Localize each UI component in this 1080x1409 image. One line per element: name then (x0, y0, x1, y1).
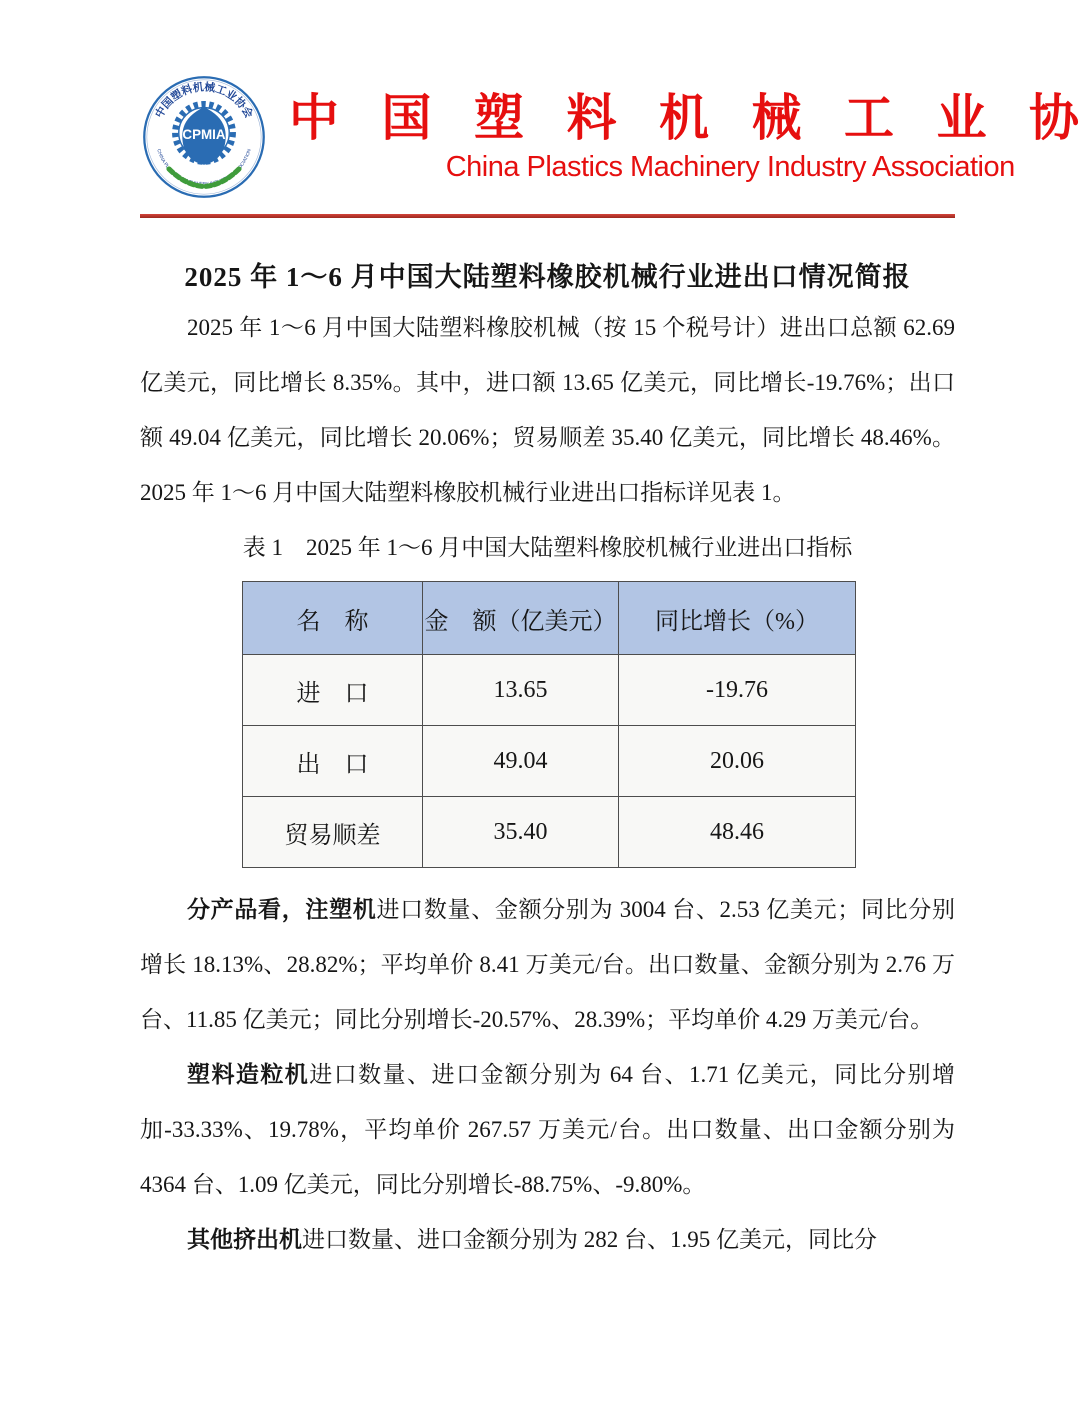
cell-name: 进 口 (243, 655, 423, 726)
document-page: 中国塑料机械工业协会 CHINA PLASTICS MACHINERY INDU… (0, 0, 1080, 1409)
paragraph-overview-text: 2025 年 1～6 月中国大陆塑料橡胶机械（按 15 个税号计）进出口总额 6… (140, 315, 955, 505)
letterhead: 中国塑料机械工业协会 CHINA PLASTICS MACHINERY INDU… (140, 68, 955, 206)
table-row: 出 口 49.04 20.06 (243, 726, 856, 797)
header-divider (140, 214, 955, 218)
col-header-growth: 同比增长（%） (619, 582, 856, 655)
table-row: 贸易顺差 35.40 48.46 (243, 797, 856, 868)
org-names: 中 国 塑 料 机 械 工 业 协 会 China Plastics Machi… (268, 88, 1080, 186)
cell-growth: -19.76 (619, 655, 856, 726)
cpmia-logo-icon: 中国塑料机械工业协会 CHINA PLASTICS MACHINERY INDU… (140, 68, 268, 206)
table-header-row: 名 称 金 额（亿美元） 同比增长（%） (243, 582, 856, 655)
paragraph-injection-molding: 分产品看，注塑机进口数量、金额分别为 3004 台、2.53 亿美元；同比分别增… (140, 882, 955, 1047)
col-header-amount: 金 额（亿美元） (423, 582, 619, 655)
org-name-en: China Plastics Machinery Industry Associ… (274, 148, 1080, 186)
logo-acronym: CPMIA (182, 127, 225, 142)
doc-title: 2025 年 1～6 月中国大陆塑料橡胶机械行业进出口情况简报 (140, 260, 955, 294)
paragraph-lead-bold: 塑料造粒机 (187, 1062, 309, 1087)
cpmia-logo-svg: 中国塑料机械工业协会 CHINA PLASTICS MACHINERY INDU… (140, 68, 268, 206)
paragraph-text: 进口数量、进口金额分别为 282 台、1.95 亿美元，同比分 (302, 1227, 877, 1252)
table-caption: 表 1 2025 年 1～6 月中国大陆塑料橡胶机械行业进出口指标 (140, 520, 955, 575)
cell-growth: 20.06 (619, 726, 856, 797)
cell-amount: 13.65 (423, 655, 619, 726)
cell-name: 贸易顺差 (243, 797, 423, 868)
paragraph-overview: 2025 年 1～6 月中国大陆塑料橡胶机械（按 15 个税号计）进出口总额 6… (140, 300, 955, 520)
paragraph-pelletizer: 塑料造粒机进口数量、进口金额分别为 64 台、1.71 亿美元，同比分别增加-3… (140, 1047, 955, 1212)
cell-amount: 49.04 (423, 726, 619, 797)
cell-growth: 48.46 (619, 797, 856, 868)
cell-amount: 35.40 (423, 797, 619, 868)
col-header-name: 名 称 (243, 582, 423, 655)
org-name-cn: 中 国 塑 料 机 械 工 业 协 会 (274, 88, 1080, 148)
paragraph-lead-bold: 其他挤出机 (187, 1227, 302, 1252)
import-export-table: 名 称 金 额（亿美元） 同比增长（%） 进 口 13.65 -19.76 出 … (242, 581, 856, 868)
paragraph-other-extruders: 其他挤出机进口数量、进口金额分别为 282 台、1.95 亿美元，同比分 (140, 1212, 955, 1267)
table-row: 进 口 13.65 -19.76 (243, 655, 856, 726)
paragraph-lead-bold: 分产品看，注塑机 (187, 897, 376, 922)
cell-name: 出 口 (243, 726, 423, 797)
